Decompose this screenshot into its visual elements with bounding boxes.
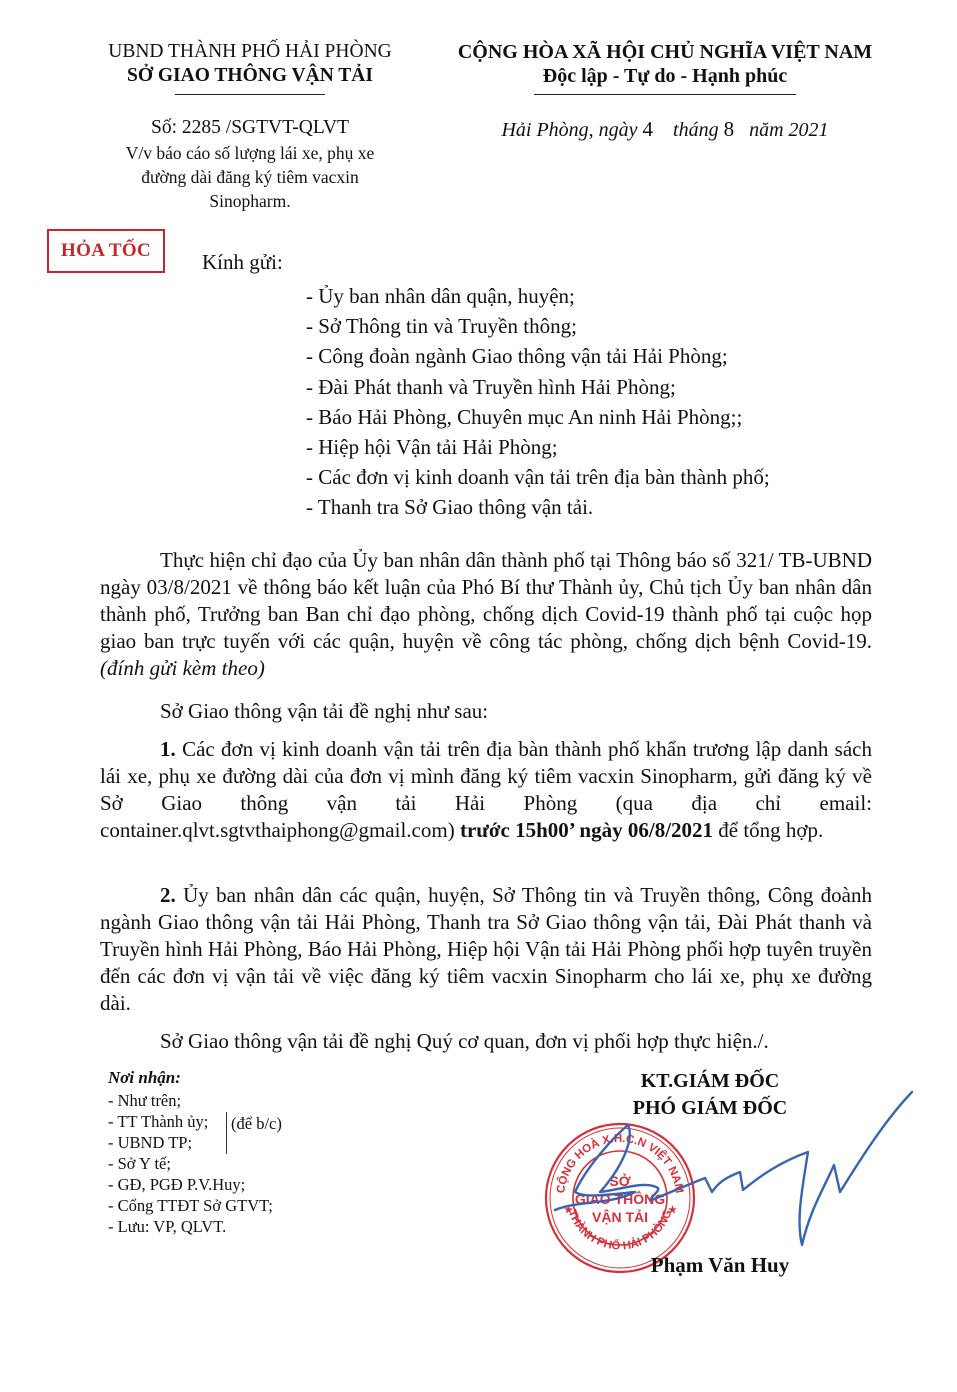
- recipient-list: - Ủy ban nhân dân quận, huyện; - Sở Thôn…: [306, 281, 770, 523]
- item-1-number: 1.: [160, 737, 176, 761]
- distribution-bracket: [226, 1112, 227, 1154]
- parent-agency: UBND THÀNH PHỐ HẢI PHÒNG: [70, 40, 430, 64]
- intro-text: Thực hiện chỉ đạo của Ủy ban nhân dân th…: [100, 548, 872, 653]
- recipient-item: - Đài Phát thanh và Truyền hình Hải Phòn…: [306, 372, 770, 402]
- item-1-deadline: trước 15h00’ ngày 06/8/2021: [460, 818, 713, 842]
- date-prefix: Hải Phòng, ngày: [501, 119, 637, 141]
- recipient-item: - Thanh tra Sở Giao thông vận tải.: [306, 492, 770, 522]
- distribution-item: - GĐ, PGĐ P.V.Huy;: [108, 1174, 273, 1195]
- urgent-stamp: HỎA TỐC: [47, 229, 165, 273]
- body-item-2: 2. Ủy ban nhân dân các quận, huyện, Sở T…: [100, 882, 872, 1017]
- agency-underline: [175, 94, 325, 95]
- closing-text: Sở Giao thông vận tải đề nghị Quý cơ qua…: [100, 1028, 872, 1055]
- subject-line-1: V/v báo cáo số lượng lái xe, phụ xe: [70, 141, 430, 165]
- agency-name: SỞ GIAO THÔNG VẬN TẢI: [70, 64, 430, 88]
- recipient-item: - Ủy ban nhân dân quận, huyện;: [306, 281, 770, 311]
- subject-line-2: đường dài đăng ký tiêm vacxin: [70, 165, 430, 189]
- document-number: Số: 2285 /SGTVT-QLVT: [70, 115, 430, 141]
- handwritten-signature-icon: [540, 1080, 920, 1260]
- national-header-block: CỘNG HÒA XÃ HỘI CHỦ NGHĨA VIỆT NAM Độc l…: [420, 40, 910, 142]
- intro-attachment-note: (đính gửi kèm theo): [100, 656, 265, 680]
- recipient-item: - Sở Thông tin và Truyền thông;: [306, 311, 770, 341]
- body-paragraph-proposal: Sở Giao thông vận tải đề nghị như sau:: [100, 698, 872, 725]
- distribution-item: - Như trên;: [108, 1090, 273, 1111]
- recipient-item: - Các đơn vị kinh doanh vận tải trên địa…: [306, 462, 770, 492]
- recipient-item: - Báo Hải Phòng, Chuyên mục An ninh Hải …: [306, 402, 770, 432]
- distribution-bracket-note: (để b/c): [231, 1114, 282, 1134]
- body-item-1: 1. Các đơn vị kinh doanh vận tải trên đị…: [100, 736, 872, 844]
- distribution-item: - Lưu: VP, QLVT.: [108, 1216, 273, 1237]
- distribution-list: Nơi nhận: - Như trên; - TT Thành ủy; - U…: [108, 1067, 273, 1237]
- item-2-number: 2.: [160, 883, 176, 907]
- greeting: Kính gửi:: [202, 250, 283, 275]
- body-closing: Sở Giao thông vận tải đề nghị Quý cơ qua…: [100, 1028, 872, 1055]
- item-1-tail: để tổng hợp.: [718, 818, 823, 842]
- distribution-item: - Cổng TTĐT Sở GTVT;: [108, 1195, 273, 1216]
- recipient-item: - Công đoàn ngành Giao thông vận tải Hải…: [306, 341, 770, 371]
- distribution-item: - Sở Y tế;: [108, 1153, 273, 1174]
- subject-line-3: Sinopharm.: [70, 189, 430, 213]
- item-2-text: Ủy ban nhân dân các quận, huyện, Sở Thôn…: [100, 883, 872, 1015]
- motto-underline: [534, 94, 796, 95]
- distribution-title: Nơi nhận:: [108, 1067, 273, 1088]
- date-day: 4: [643, 117, 654, 141]
- proposal-lead: Sở Giao thông vận tải đề nghị như sau:: [100, 698, 872, 725]
- issuing-agency-block: UBND THÀNH PHỐ HẢI PHÒNG SỞ GIAO THÔNG V…: [70, 40, 430, 213]
- date-month-label: tháng: [673, 119, 719, 141]
- date-month: 8: [724, 117, 735, 141]
- issue-date: Hải Phòng, ngày 4 tháng 8 năm 2021: [420, 117, 910, 142]
- national-motto: Độc lập - Tự do - Hạnh phúc: [420, 64, 910, 88]
- recipient-item: - Hiệp hội Vận tải Hải Phòng;: [306, 432, 770, 462]
- nation-name: CỘNG HÒA XÃ HỘI CHỦ NGHĨA VIỆT NAM: [420, 40, 910, 64]
- body-paragraph-intro: Thực hiện chỉ đạo của Ủy ban nhân dân th…: [100, 547, 872, 682]
- distribution-item: - UBND TP;: [108, 1132, 273, 1153]
- date-year: năm 2021: [749, 119, 828, 141]
- signer-name: Phạm Văn Huy: [600, 1253, 840, 1278]
